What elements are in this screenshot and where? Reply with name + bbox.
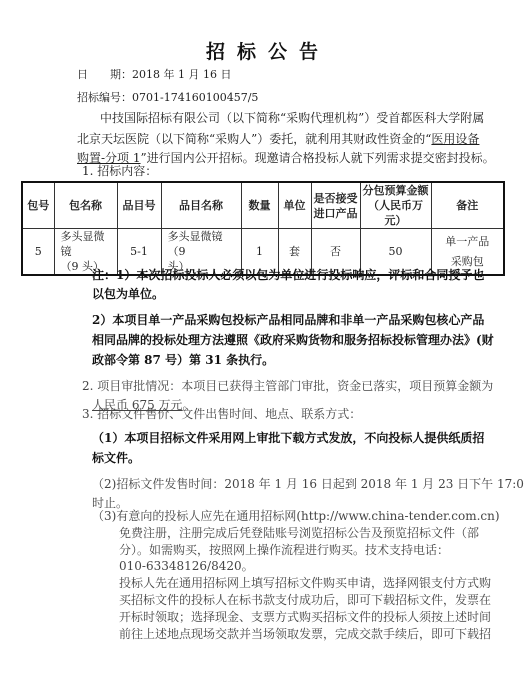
section3-p2-line2: 买招标文件的投标人在标书款支付成功后，即可下载招标文件，发票在 [119,592,491,609]
intro-line-2-text: 北京天坛医院（以下简称“采购人”）委托，就利用其财政性资金的“ [77,132,431,146]
bid-number-line: 招标编号：0701-174160100457/5 [77,89,258,105]
cell-package-no: 5 [22,229,54,276]
col-budget: 分包预算金额 （人民币万元） [360,182,431,229]
section3-p2-line4: 前往上述地点现场交款并当场领取发票，完成交款手续后，即可下载招 [119,626,491,643]
section3-item2-line1: （2)招标文件发售时间：2018 年 1 月 16 日起到 2018 年 1 月… [92,476,524,493]
col-remark: 备注 [431,182,504,229]
col-package-name: 包名称 [54,182,117,229]
section3-item1-line2: 标文件。 [92,450,140,467]
section3-item1-line1: （1）本项目招标文件采用网上审批下载方式发放，不向投标人提供纸质招 [92,430,484,447]
note1-line2: 以包为单位。 [92,286,164,303]
note2-line2: 相同品牌的投标处理方法遵照《政府采购货物和服务招标投标管理办法》(财 [92,332,494,349]
col-item-name: 品目名称 [161,182,241,229]
cell-package-name-line1: 多头显微镜 [61,229,115,259]
col-budget-line1: 分包预算金额 [363,183,429,198]
cell-item-name-line1: 多头显微镜（9 [168,229,239,259]
section3-p2-line3: 开标时领取；选择现金、支票方式购买招标文件的投标人须按上述时间 [119,609,491,626]
intro-line-2: 北京天坛医院（以下简称“采购人”）委托，就利用其财政性资金的“医用设备 [77,131,479,148]
intro-line-1: 中技国际招标有限公司（以下简称“采购代理机构”）受首都医科大学附属 [100,110,484,127]
section3-p2-line1: 投标人先在通用招标网上填写招标文件购买申请，选择网银支付方式购 [119,575,491,592]
bid-number-value: 0701-174160100457/5 [132,91,258,104]
section3-item3-line1: （3)有意向的投标人应先在通用招标网(http://www.china-tend… [92,508,500,525]
section3-item3-line3: 分）。如需购买，按照网上操作流程进行购买。技术支持电话： [119,542,449,559]
bid-content-table: 包号 包名称 品目号 品目名称 数量 单位 是否接受 进口产品 分包预算金额 （… [21,181,505,276]
note2-line3: 政部令第 87 号）第 31 条执行。 [92,352,274,369]
section3-item3-line2: 免费注册，注册完成后凭登陆账号浏览招标公告及预览招标文件（部 [119,525,479,542]
date-line: 日 期：2018 年 1 月 16 日 [77,66,231,82]
bid-number-label: 招标编号： [77,91,132,104]
intro-line-3-text: ”进行国内公开招标。现邀请合格投标人就下列需求提交密封投标。 [141,151,495,165]
col-import-line2: 进口产品 [314,206,358,221]
col-quantity: 数量 [241,182,278,229]
col-package-no: 包号 [22,182,54,229]
col-item-no: 品目号 [117,182,161,229]
col-budget-line2: （人民币万元） [363,198,429,228]
project-name-part1: 医用设备 [431,132,479,146]
date-value: 2018 年 1 月 16 日 [132,68,231,81]
section1-heading: 1. 招标内容： [82,163,157,180]
cell-remark-line1: 单一产品 [434,232,502,252]
col-unit: 单位 [278,182,311,229]
col-import-line1: 是否接受 [314,191,358,206]
table-header-row: 包号 包名称 品目号 品目名称 数量 单位 是否接受 进口产品 分包预算金额 （… [22,182,504,229]
note2-line1: 2）本项目单一产品采购包投标产品相同品牌和非单一产品采购包核心产品 [92,312,484,329]
col-import-accepted: 是否接受 进口产品 [311,182,360,229]
support-phone: 010-63348126/8420。 [119,558,254,575]
section2-line1: 2. 项目审批情况：本项目已获得主管部门审批，资金已落实，项目预算金额为 [82,378,493,395]
section3-heading: 3. 招标文件售价、文件出售时间、地点、联系方式： [82,406,361,423]
note1-line1: 注：1）本次招标投标人必须以包为单位进行投标响应，评标和合同授予也 [92,267,484,284]
document-title: 招标公告 [0,37,524,64]
date-label: 日 期： [77,68,132,81]
